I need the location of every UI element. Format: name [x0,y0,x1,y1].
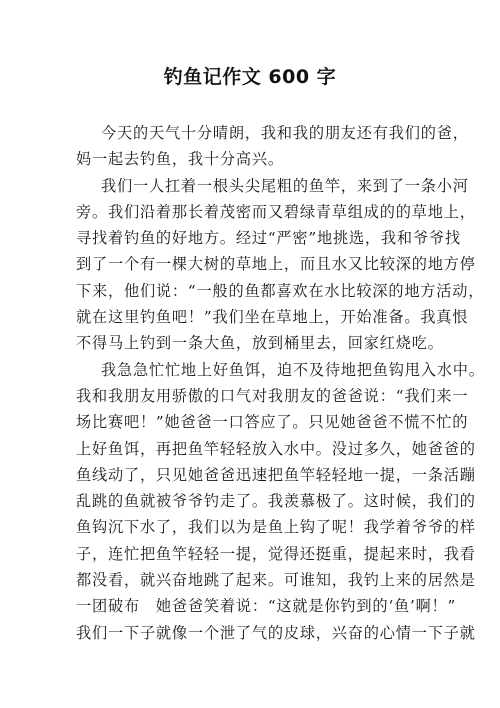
text-line: 到了一个有一棵大树的草地上，而且水又比较深的地方停 [76,251,421,277]
text-line: 寻找着钓鱼的好地方。经过“严密”地挑选，我和爷爷找 [76,225,421,251]
text-line: 不得马上钓到一条大鱼，放到桶里去，回家红烧吃。 [76,330,421,356]
text-line: 场比赛吧！”她爸爸一口答应了。只见她爸爸不慌不忙的 [76,409,421,435]
document-title: 钓鱼记作文 600 字 [0,62,500,89]
text-line: 下来，他们说：“一般的鱼都喜欢在水比较深的地方活动， [76,278,421,304]
text-line: 就在这里钓鱼吧！”我们坐在草地上，开始准备。我真恨 [76,304,421,330]
text-line: 一团破布 她爸爸笑着说：“这就是你钓到的‘鱼’啊！” [76,593,421,619]
text-line: 鱼钩沉下水了，我们以为是鱼上钩了呢！我学着爷爷的样 [76,514,421,540]
text-line: 子，连忙把鱼竿轻轻一提，觉得还挺重，提起来时，我看 [76,541,421,567]
text-line: 都没看，就兴奋地跳了起来。可谁知，我钓上来的居然是 [76,567,421,593]
text-line: 旁。我们沿着那长着茂密而又碧绿青草组成的的草地上， [76,199,421,225]
text-line: 妈一起去钓鱼，我十分高兴。 [76,146,421,172]
text-line: 上好鱼饵，再把鱼竿轻轻放入水中。没过多久，她爸爸的 [76,436,421,462]
text-line: 我们一下子就像一个泄了气的皮球，兴奋的心情一下子就 [76,620,421,646]
text-line: 我急急忙忙地上好鱼饵，迫不及待地把鱼钩甩入水中。 [76,357,421,383]
text-line: 我和我朋友用骄傲的口气对我朋友的爸爸说：“我们来一 [76,383,421,409]
text-line: 鱼线动了，只见她爸爸迅速把鱼竿轻轻地一提，一条活蹦 [76,462,421,488]
document-body: 今天的天气十分晴朗，我和我的朋友还有我们的爸， 妈一起去钓鱼，我十分高兴。 我们… [76,120,421,646]
text-line: 我们一人扛着一根头尖尾粗的鱼竿，来到了一条小河 [76,173,421,199]
text-line: 乱跳的鱼就被爷爷钓走了。我羡慕极了。这时候，我们的 [76,488,421,514]
text-line: 今天的天气十分晴朗，我和我的朋友还有我们的爸， [76,120,421,146]
